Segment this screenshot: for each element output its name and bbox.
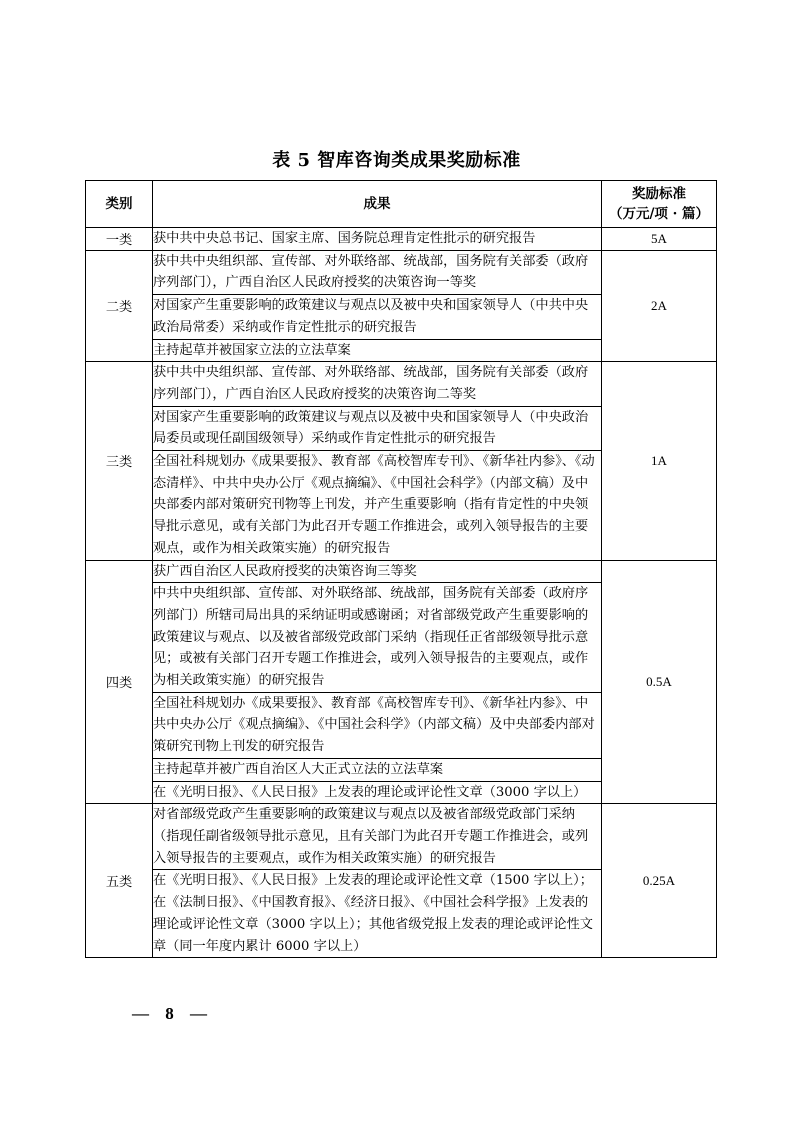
achievement-cell: 获中共中央总书记、国家主席、国务院总理肯定性批示的研究报告	[153, 228, 602, 251]
header-standard-line1: 奖励标准	[602, 184, 716, 204]
table-title: 表 5 智库咨询类成果奖励标准	[0, 146, 793, 172]
page-number: — 8 —	[132, 1004, 213, 1024]
standard-cell: 1A	[602, 362, 717, 560]
achievement-cell: 主持起草并被国家立法的立法草案	[153, 339, 602, 362]
header-row: 类别 成果 奖励标准 （万元/项 · 篇）	[86, 181, 717, 228]
table-row: 二类 获中共中央组织部、宣传部、对外联络部、统战部，国务院有关部委（政府序列部门…	[86, 250, 717, 294]
category-cell: 一类	[86, 228, 153, 251]
category-cell: 二类	[86, 250, 153, 362]
category-cell: 三类	[86, 362, 153, 560]
header-category: 类别	[86, 181, 153, 228]
table-row: 五类 对省部级党政产生重要影响的政策建议与观点以及被省部级党政部门采纳（指现任副…	[86, 804, 717, 870]
standard-cell: 0.25A	[602, 804, 717, 958]
table-row: 四类 获广西自治区人民政府授奖的决策咨询三等奖 0.5A	[86, 560, 717, 583]
achievement-cell: 全国社科规划办《成果要报》、教育部《高校智库专刊》、《新华社内参》、《动态清样》…	[153, 451, 602, 561]
achievement-cell: 获中共中央组织部、宣传部、对外联络部、统战部，国务院有关部委（政府序列部门），广…	[153, 362, 602, 406]
header-standard-line2: （万元/项 · 篇）	[602, 204, 716, 224]
header-standard: 奖励标准 （万元/项 · 篇）	[602, 181, 717, 228]
table-row: 三类 获中共中央组织部、宣传部、对外联络部、统战部，国务院有关部委（政府序列部门…	[86, 362, 717, 406]
achievement-cell: 在《光明日报》、《人民日报》上发表的理论或评论性文章（3000 字以上）	[153, 781, 602, 804]
table-row: 一类 获中共中央总书记、国家主席、国务院总理肯定性批示的研究报告 5A	[86, 228, 717, 251]
header-achievement: 成果	[153, 181, 602, 228]
achievement-cell: 主持起草并被广西自治区人大正式立法的立法草案	[153, 758, 602, 781]
achievement-cell: 获中共中央组织部、宣传部、对外联络部、统战部，国务院有关部委（政府序列部门），广…	[153, 250, 602, 294]
achievement-cell: 对省部级党政产生重要影响的政策建议与观点以及被省部级党政部门采纳（指现任副省级领…	[153, 804, 602, 870]
achievement-cell: 中共中央组织部、宣传部、对外联络部、统战部，国务院有关部委（政府序列部门）所辖司…	[153, 583, 602, 693]
achievement-cell: 在《光明日报》、《人民日报》上发表的理论或评论性文章（1500 字以上）；在《法…	[153, 870, 602, 958]
achievement-cell: 全国社科规划办《成果要报》、教育部《高校智库专刊》、《新华社内参》、中共中央办公…	[153, 692, 602, 758]
category-cell: 四类	[86, 560, 153, 804]
standard-cell: 0.5A	[602, 560, 717, 804]
standard-cell: 2A	[602, 250, 717, 362]
achievement-cell: 对国家产生重要影响的政策建议与观点以及被中央和国家领导人（中央政治局委员或现任副…	[153, 406, 602, 450]
standard-cell: 5A	[602, 228, 717, 251]
achievement-cell: 获广西自治区人民政府授奖的决策咨询三等奖	[153, 560, 602, 583]
award-standard-table: 类别 成果 奖励标准 （万元/项 · 篇） 一类 获中共中央总书记、国家主席、国…	[85, 180, 717, 958]
achievement-cell: 对国家产生重要影响的政策建议与观点以及被中央和国家领导人（中共中央政治局常委）采…	[153, 295, 602, 339]
category-cell: 五类	[86, 804, 153, 958]
